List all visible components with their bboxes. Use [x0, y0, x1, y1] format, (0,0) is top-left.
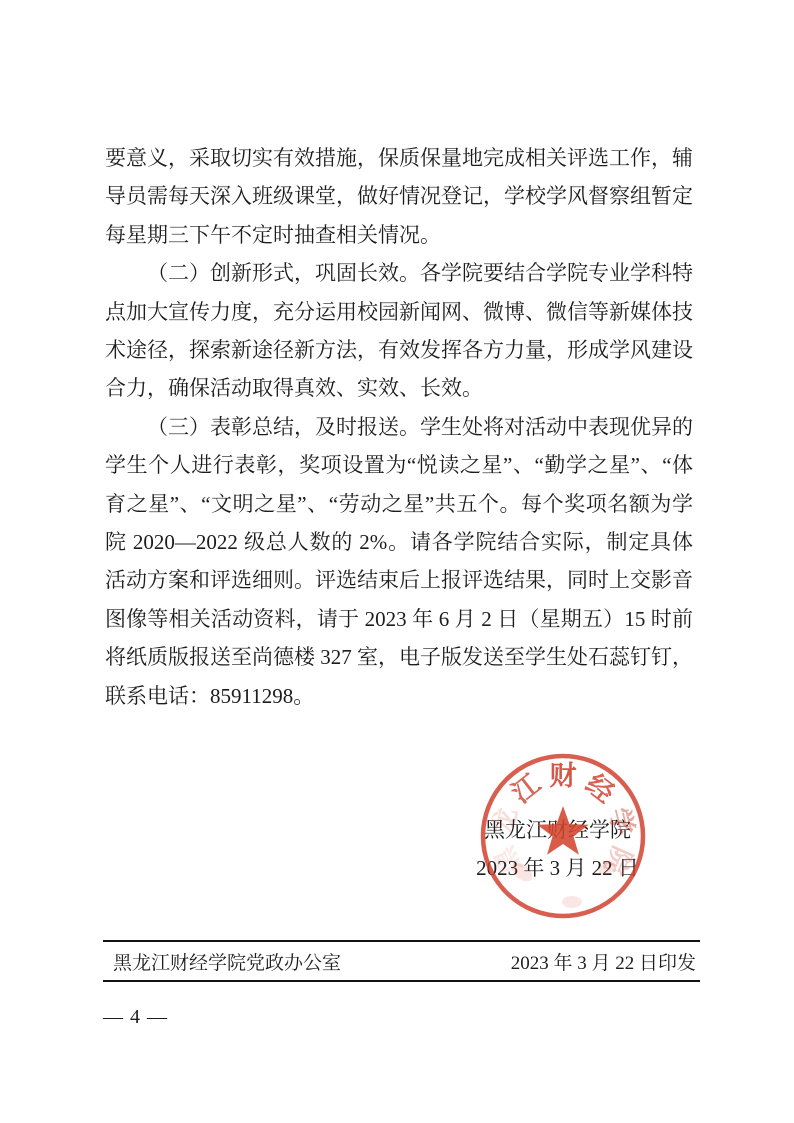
footer-row: 黑龙江财经学院党政办公室 2023 年 3 月 22 日印发 — [103, 942, 700, 980]
page-number: — 4 — — [103, 1006, 168, 1029]
document-body: 要意义，采取切实有效措施，保质保量地完成相关评选工作，辅导员需每天深入班级课堂，… — [105, 139, 693, 715]
signature-date: 2023 年 3 月 22 日 — [415, 849, 700, 887]
seal-ink-smudge — [562, 896, 582, 908]
footer-issuer: 黑龙江财经学院党政办公室 — [113, 948, 341, 975]
paragraph-item-2: （二）创新形式，巩固长效。各学院要结合学院专业学科特点加大宣传力度，充分运用校园… — [105, 254, 693, 408]
footer: 黑龙江财经学院党政办公室 2023 年 3 月 22 日印发 — [103, 940, 700, 982]
signature-org: 黑龙江财经学院 — [415, 811, 700, 849]
seal-arc-char: 经 — [580, 769, 620, 809]
paragraph-continuation: 要意义，采取切实有效措施，保质保量地完成相关评选工作，辅导员需每天深入班级课堂，… — [105, 139, 693, 254]
footer-print-date: 2023 年 3 月 22 日印发 — [511, 948, 696, 975]
seal-arc-char: 江 — [506, 769, 546, 809]
signature-block: 黑龙江财经学院 2023 年 3 月 22 日 — [415, 811, 700, 887]
footer-rule-bottom — [103, 980, 700, 982]
document-page: 要意义，采取切实有效措施，保质保量地完成相关评选工作，辅导员需每天深入班级课堂，… — [0, 0, 794, 1123]
seal-arc-char: 财 — [550, 761, 577, 791]
paragraph-item-3: （三）表彰总结，及时报送。学生处将对活动中表现优异的学生个人进行表彰，奖项设置为… — [105, 408, 693, 715]
